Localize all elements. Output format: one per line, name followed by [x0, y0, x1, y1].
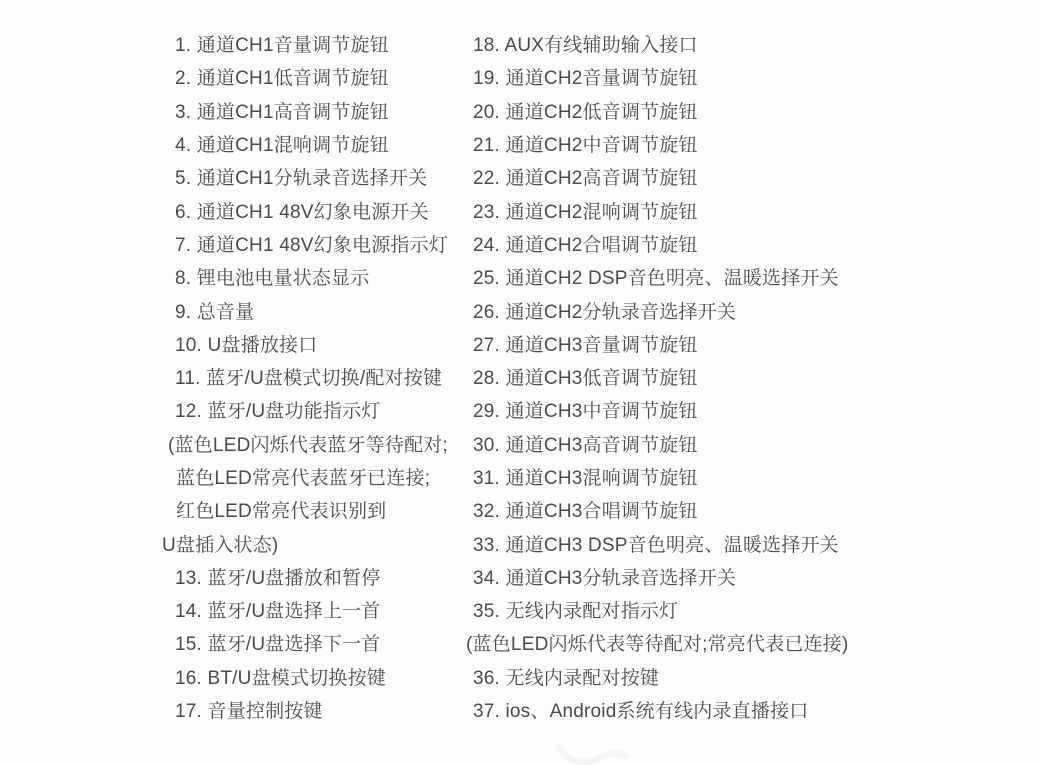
list-item: 10. U盘播放接口: [175, 327, 448, 360]
note-line: 蓝色LED常亮代表蓝牙已连接;: [176, 460, 448, 493]
list-item: 2. 通道CH1低音调节旋钮: [175, 60, 448, 93]
list-item: 9. 总音量: [175, 293, 448, 326]
list-item: 36. 无线内录配对按键: [473, 660, 849, 693]
list-item: 3. 通道CH1高音调节旋钮: [175, 94, 448, 127]
note-line: (蓝色LED闪烁代表蓝牙等待配对;: [168, 427, 448, 460]
left-column: 1. 通道CH1音量调节旋钮2. 通道CH1低音调节旋钮3. 通道CH1高音调节…: [175, 27, 448, 726]
list-item: 18. AUX有线辅助输入接口: [473, 27, 849, 60]
right-column: 18. AUX有线辅助输入接口19. 通道CH2音量调节旋钮20. 通道CH2低…: [473, 27, 849, 726]
note-line: 红色LED常亮代表识别到: [176, 493, 448, 526]
list-item: 20. 通道CH2低音调节旋钮: [473, 94, 849, 127]
list-item: 12. 蓝牙/U盘功能指示灯: [175, 393, 448, 426]
list-item: 6. 通道CH1 48V幻象电源开关: [175, 193, 448, 226]
list-item: 13. 蓝牙/U盘播放和暂停: [175, 560, 448, 593]
list-item: 1. 通道CH1音量调节旋钮: [175, 27, 448, 60]
list-item: 28. 通道CH3低音调节旋钮: [473, 360, 849, 393]
list-item: 30. 通道CH3高音调节旋钮: [473, 427, 849, 460]
list-item: 14. 蓝牙/U盘选择上一首: [175, 593, 448, 626]
watermark-swoosh-icon: [555, 740, 645, 765]
list-item: 34. 通道CH3分轨录音选择开关: [473, 560, 849, 593]
list-item: 19. 通道CH2音量调节旋钮: [473, 60, 849, 93]
list-item: 21. 通道CH2中音调节旋钮: [473, 127, 849, 160]
list-item: 27. 通道CH3音量调节旋钮: [473, 327, 849, 360]
list-item: 5. 通道CH1分轨录音选择开关: [175, 160, 448, 193]
note-line: U盘插入状态): [162, 526, 448, 559]
list-item: 15. 蓝牙/U盘选择下一首: [175, 626, 448, 659]
list-item: 22. 通道CH2高音调节旋钮: [473, 160, 849, 193]
list-item: 31. 通道CH3混响调节旋钮: [473, 460, 849, 493]
list-item: 23. 通道CH2混响调节旋钮: [473, 193, 849, 226]
list-item: 29. 通道CH3中音调节旋钮: [473, 393, 849, 426]
list-item: 37. ios、Android系统有线内录直播接口: [473, 693, 849, 726]
list-item: 16. BT/U盘模式切换按键: [175, 660, 448, 693]
list-item: 35. 无线内录配对指示灯: [473, 593, 849, 626]
list-item: 33. 通道CH3 DSP音色明亮、温暖选择开关: [473, 526, 849, 559]
manual-page: 1. 通道CH1音量调节旋钮2. 通道CH1低音调节旋钮3. 通道CH1高音调节…: [0, 0, 1040, 765]
note-line: (蓝色LED闪烁代表等待配对;常亮代表已连接): [466, 626, 849, 659]
list-item: 25. 通道CH2 DSP音色明亮、温暖选择开关: [473, 260, 849, 293]
list-item: 4. 通道CH1混响调节旋钮: [175, 127, 448, 160]
list-item: 8. 锂电池电量状态显示: [175, 260, 448, 293]
list-item: 26. 通道CH2分轨录音选择开关: [473, 293, 849, 326]
list-item: 24. 通道CH2合唱调节旋钮: [473, 227, 849, 260]
list-item: 17. 音量控制按键: [175, 693, 448, 726]
list-item: 7. 通道CH1 48V幻象电源指示灯: [175, 227, 448, 260]
list-item: 32. 通道CH3合唱调节旋钮: [473, 493, 849, 526]
list-item: 11. 蓝牙/U盘模式切换/配对按键: [175, 360, 448, 393]
